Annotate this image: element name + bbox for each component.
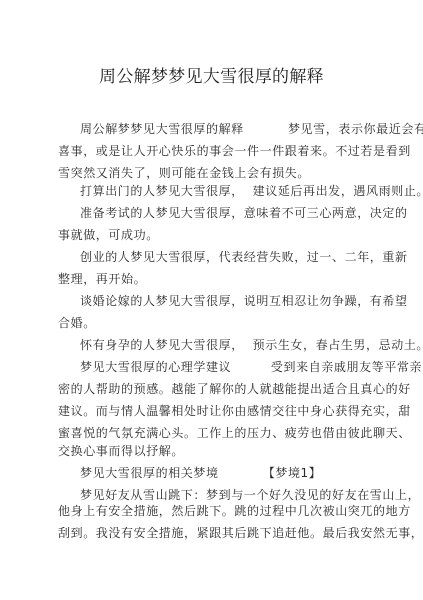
- document-page: 周公解梦梦见大雪很厚的解释 周公解梦梦见大雪很厚的解释 梦见雪，表示你最近会有喜…: [0, 0, 423, 600]
- paragraph-line: 事就做，可成功。: [58, 227, 159, 243]
- paragraph-first-line: 谈婚论嫁的人梦见大雪很厚，说明互相忍让勿争躁，有希望: [80, 293, 408, 309]
- paragraph-line: 合婚。: [58, 315, 96, 331]
- paragraph-first-line: 准备考试的人梦见大雪很厚，意味着不可三心两意，决定的: [80, 205, 408, 221]
- paragraph-first-line: 创业的人梦见大雪很厚，代表经营失败，过一、二年，重新: [80, 249, 408, 265]
- paragraph-first-line: 怀有身孕的人梦见大雪很厚， 预示生女，春占生男，忌动土。: [80, 337, 423, 353]
- paragraph-first-line: 周公解梦梦见大雪很厚的解释 梦见雪，表示你最近会有: [80, 121, 423, 137]
- paragraph-line: 雪突然又消失了，则可能在金钱上会有损失。: [58, 165, 310, 181]
- paragraph-line: 蜜喜悦的气氛充满心头。工作上的压力、疲劳也借由彼此聊天、: [58, 425, 411, 441]
- paragraph-line: 刮到。我没有安全措施，紧跟其后跳下追赶他。最后我安然无事，: [58, 525, 423, 541]
- paragraph-first-line: 梦见好友从雪山跳下：梦到与一个好久没见的好友在雪山上，: [80, 487, 420, 503]
- paragraph-first-line: 梦见大雪很厚的心理学建议 受到来自亲戚朋友等平常亲: [80, 359, 422, 375]
- paragraph-line: 喜事，或是让人开心快乐的事会一件一件跟着来。不过若是看到: [58, 143, 411, 159]
- document-title: 周公解梦梦见大雪很厚的解释: [0, 66, 423, 88]
- paragraph-line: 密的人帮助的预感。越能了解你的人就越能提出适合且真心的好: [58, 381, 411, 397]
- paragraph-line: 建议。而与情人温馨相处时让你由感情交往中身心获得充实，甜: [58, 403, 411, 419]
- paragraph-line: 他身上有安全措施，然后跳下。跳的过程中几次被山突兀的地方: [58, 503, 411, 519]
- paragraph-line: 整理，再开始。: [58, 271, 146, 287]
- paragraph-line: 交换心事而得以抒解。: [58, 443, 184, 459]
- paragraph-first-line: 梦见大雪很厚的相关梦境 【梦境1】: [80, 465, 321, 481]
- paragraph-first-line: 打算出门的人梦见大雪很厚， 建议延后再出发，遇风雨则止。: [80, 183, 423, 199]
